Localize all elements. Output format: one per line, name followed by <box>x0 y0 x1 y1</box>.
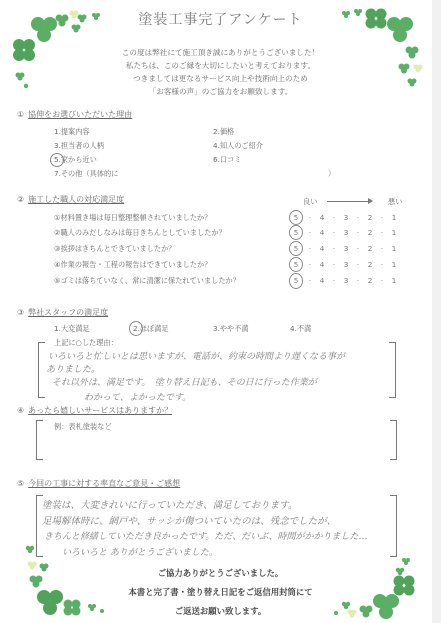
reason-handwritten-line: それ以外は、満足です。 塗り替え日記も、その日に行った作業が <box>52 375 317 388</box>
rating-option-5[interactable]: 5 <box>288 213 304 222</box>
rating-option-3[interactable]: 3 <box>340 213 352 222</box>
section1-option-5[interactable]: 5.家から近い <box>54 155 97 165</box>
section4-heading: ④あったら嬉しいサービスはありますか？ <box>17 405 172 416</box>
rating-option-4[interactable]: 4 <box>316 244 328 253</box>
rating-option-3[interactable]: 3 <box>340 228 352 237</box>
section3-option-1[interactable]: 1.大変満足 <box>54 324 90 334</box>
reason-handwritten-line: わかって、よかったです。 <box>84 390 191 403</box>
rating-option-4[interactable]: 4 <box>316 276 328 285</box>
rating-option-4[interactable]: 4 <box>316 213 328 222</box>
rating-row-5[interactable]: 5·4·3·2·1 <box>288 276 400 285</box>
footer-line: 本書と完了書・塗り替え日記をご返信用封筒にて <box>0 583 441 602</box>
reason-label: 上記に○した理由： <box>54 338 118 348</box>
section3-option-4[interactable]: 4.不満 <box>290 324 311 334</box>
intro-line: 私たちは、このご縁を大切にしたいと考えております。 <box>0 59 441 72</box>
service-example: 例：表札塗装など <box>54 422 112 432</box>
reason-handwritten-line: いろいろと忙しいとは思いますが、電話が、約束の時間より遅くなる事が <box>48 349 345 362</box>
rating-option-3[interactable]: 3 <box>340 276 352 285</box>
section3-option-2[interactable]: 2.ほぼ満足 <box>133 324 169 334</box>
intro-line: 「お客様の声」のご協力をお願致します。 <box>0 85 441 98</box>
comments-handwritten-line: 塗装は、大変きれいに行っていただき、満足しております。 <box>42 497 297 511</box>
footer-line: ご返送お願い致します。 <box>0 602 441 621</box>
rating-option-1[interactable]: 1 <box>388 228 400 237</box>
rating-option-3[interactable]: 3 <box>340 244 352 253</box>
rating-option-4[interactable]: 4 <box>316 260 328 269</box>
comments-handwritten-line: 足場解体時に、網戸や、サッシが傷ついていたのは、残念でしたが、 <box>42 513 336 527</box>
section3-option-3[interactable]: 3.やや不満 <box>213 324 249 334</box>
intro-line: つきましては更なるサービス向上や技術向上のため <box>0 72 441 85</box>
section5-heading: ⑤今回の工事に対する率直なご意見・ご感想 <box>17 478 180 489</box>
rating-option-2[interactable]: 2 <box>364 276 376 285</box>
section2-question-3: ③挨拶はきちんとできていましたか？ <box>54 244 175 254</box>
rating-option-1[interactable]: 1 <box>388 213 400 222</box>
service-box-right-bracket <box>390 420 397 460</box>
selected-circle <box>289 273 303 289</box>
section1-option-1[interactable]: 1.提案内容 <box>54 127 90 137</box>
intro-line: この度は弊社にて施工頂き誠にありがとうございました！ <box>0 46 441 59</box>
section3-label: 弊社スタッフの満足度 <box>28 308 108 317</box>
section2-question-1: ①材料置き場は毎日整理整頓されていましたか？ <box>54 213 211 223</box>
selected-circle <box>289 225 303 240</box>
rating-option-3[interactable]: 3 <box>340 260 352 269</box>
scale-good-label: 良い <box>303 197 317 207</box>
rating-row-4[interactable]: 5·4·3·2·1 <box>288 260 400 269</box>
scale-arrow-line <box>327 201 369 202</box>
reason-box-left-bracket <box>38 342 45 398</box>
selected-circle <box>50 153 64 167</box>
rating-option-5[interactable]: 5 <box>288 244 304 253</box>
rating-option-1[interactable]: 1 <box>388 260 400 269</box>
rating-option-5[interactable]: 5 <box>288 228 304 237</box>
scale-bad-label: 悪い <box>388 197 402 207</box>
footer-message: ご協力ありがとうございました。 本書と完了書・塗り替え日記をご返信用封筒にて ご… <box>0 564 441 621</box>
rating-row-3[interactable]: 5·4·3·2·1 <box>288 244 400 253</box>
selected-circle <box>129 321 143 336</box>
reason-handwritten-line: ありました。 <box>46 362 100 375</box>
rating-row-2[interactable]: 5·4·3·2·1 <box>288 228 400 237</box>
rating-option-4[interactable]: 4 <box>316 228 328 237</box>
section3-heading: ③弊社スタッフの満足度 <box>17 307 108 318</box>
section1-heading: ①協伸をお選びいただいた理由 <box>17 109 132 120</box>
survey-title: 塗装工事完了アンケート <box>0 9 441 29</box>
rating-option-1[interactable]: 1 <box>388 244 400 253</box>
intro-text: この度は弊社にて施工頂き誠にありがとうございました！ 私たちは、このご縁を大切に… <box>0 46 441 98</box>
selected-circle <box>289 257 303 272</box>
comments-handwritten-line: きちんと修繕していただき良かったです。ただ、だいぶ、時間がかかりました… <box>44 529 367 542</box>
rating-option-5[interactable]: 5 <box>288 260 304 269</box>
section1-option-6[interactable]: 6.口コミ <box>213 155 241 165</box>
comments-box-right-bracket <box>390 495 397 557</box>
section1-other-close: ） <box>328 169 335 179</box>
comments-handwritten-line: いろいろと ありがとうございました。 <box>62 545 218 558</box>
service-box-left-bracket <box>36 420 43 460</box>
section1-option-3[interactable]: 3.担当者の人柄 <box>54 141 104 151</box>
footer-line: ご協力ありがとうございました。 <box>0 564 441 583</box>
section2-question-2: ②職人のみだしなみは毎日きちんとしていましたか？ <box>54 228 226 238</box>
section1-option-4[interactable]: 4.知人のご紹介 <box>213 141 263 151</box>
selected-circle <box>289 241 303 256</box>
section2-heading: ②施工した職人の対応満足度 <box>17 194 124 205</box>
reason-box-right-bracket <box>389 342 396 398</box>
section4-label: あったら嬉しいサービスはありますか？ <box>28 406 172 415</box>
rating-option-2[interactable]: 2 <box>364 228 376 237</box>
rating-row-1[interactable]: 5·4·3·2·1 <box>288 213 400 222</box>
section1-option-7[interactable]: 7.その他（具体的に <box>54 169 118 179</box>
rating-option-2[interactable]: 2 <box>364 213 376 222</box>
section2-label: 施工した職人の対応満足度 <box>28 195 124 204</box>
section1-label: 協伸をお選びいただいた理由 <box>28 110 132 119</box>
section2-question-5: ⑤ゴミは落ちていなく、常に清潔に保たれていましたか？ <box>54 276 240 286</box>
section2-question-4: ④作業の報告・工程の報告はできていましたか？ <box>54 260 211 270</box>
section5-label: 今回の工事に対する率直なご意見・ご感想 <box>28 479 180 488</box>
selected-circle <box>289 210 303 225</box>
rating-option-1[interactable]: 1 <box>388 276 400 285</box>
rating-option-5[interactable]: 5 <box>288 276 304 285</box>
arrow-right-icon <box>368 198 373 204</box>
section1-option-2[interactable]: 2.価格 <box>213 127 234 137</box>
rating-option-2[interactable]: 2 <box>364 260 376 269</box>
rating-option-2[interactable]: 2 <box>364 244 376 253</box>
